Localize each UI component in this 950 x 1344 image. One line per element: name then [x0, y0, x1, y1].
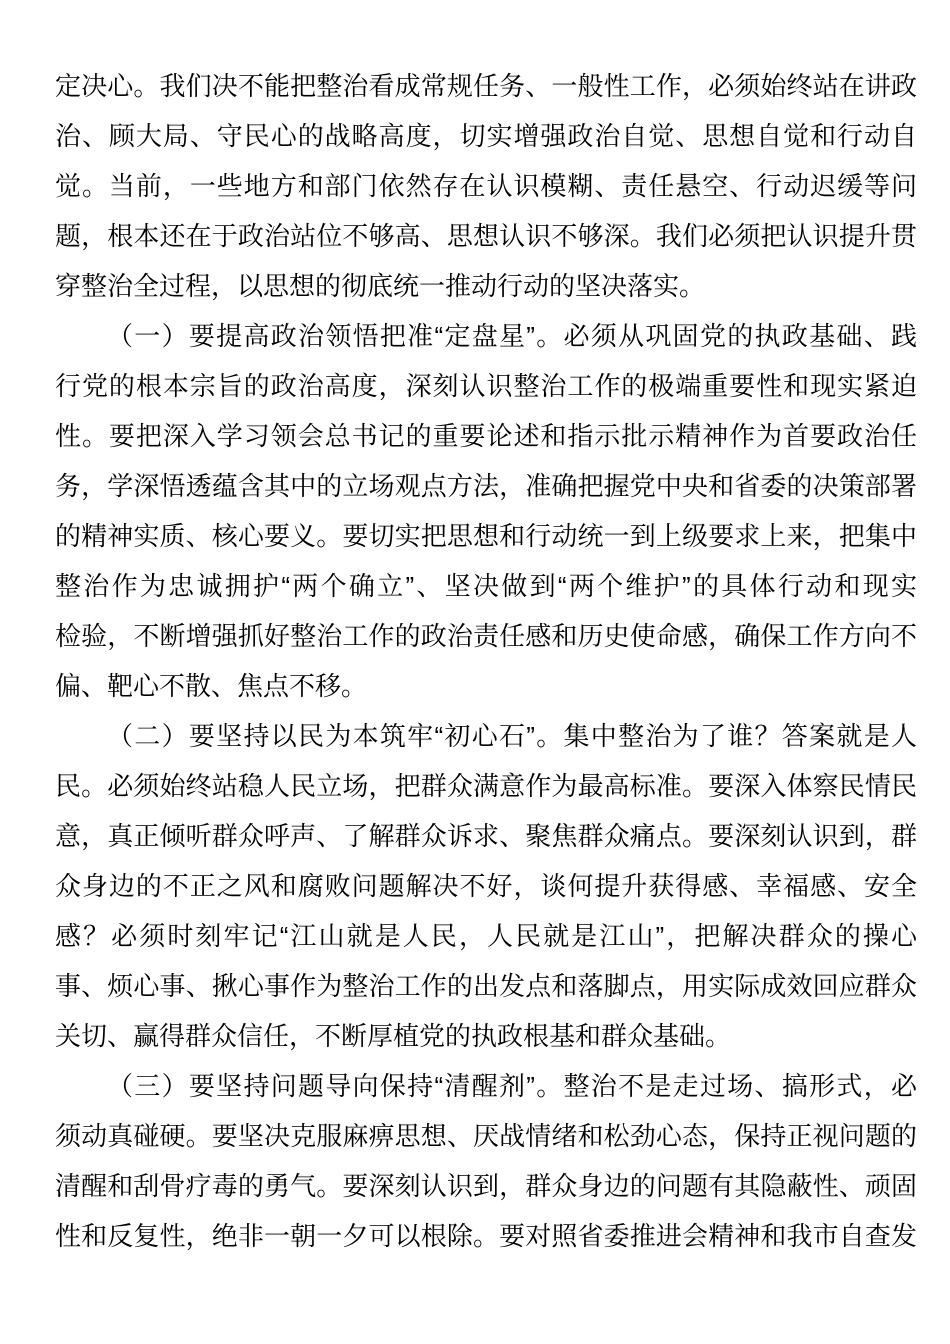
- text-line: 感？必须时刻牢记“江山就是人民，人民就是江山”，把解决群众的操心: [55, 911, 917, 961]
- text-line: （一）要提高政治领悟把准“定盘星”。必须从巩固党的执政基础、践: [55, 311, 917, 361]
- text-line: 事、烦心事、揪心事作为整治工作的出发点和落脚点，用实际成效回应群众: [55, 961, 917, 1011]
- document-body: 定决心。我们决不能把整治看成常规任务、一般性工作，必须始终站在讲政治、顾大局、守…: [55, 61, 917, 1261]
- text-line: （二）要坚持以民为本筑牢“初心石”。集中整治为了谁？答案就是人: [55, 711, 917, 761]
- text-line: 觉。当前，一些地方和部门依然存在认识模糊、责任悬空、行动迟缓等问: [55, 161, 917, 211]
- text-line: 偏、靶心不散、焦点不移。: [55, 661, 917, 711]
- text-line: 定决心。我们决不能把整治看成常规任务、一般性工作，必须始终站在讲政: [55, 61, 917, 111]
- text-line: 的精神实质、核心要义。要切实把思想和行动统一到上级要求上来，把集中: [55, 511, 917, 561]
- text-line: 性。要把深入学习领会总书记的重要论述和指示批示精神作为首要政治任: [55, 411, 917, 461]
- text-line: 整治作为忠诚拥护“两个确立”、坚决做到“两个维护”的具体行动和现实: [55, 561, 917, 611]
- text-line: 清醒和刮骨疗毒的勇气。要深刻认识到，群众身边的问题有其隐蔽性、顽固: [55, 1161, 917, 1211]
- text-line: 检验，不断增强抓好整治工作的政治责任感和历史使命感，确保工作方向不: [55, 611, 917, 661]
- text-line: 关切、赢得群众信任，不断厚植党的执政根基和群众基础。: [55, 1011, 917, 1061]
- text-line: 行党的根本宗旨的政治高度，深刻认识整治工作的极端重要性和现实紧迫: [55, 361, 917, 411]
- text-line: 性和反复性，绝非一朝一夕可以根除。要对照省委推进会精神和我市自查发: [55, 1211, 917, 1261]
- text-line: 题，根本还在于政治站位不够高、思想认识不够深。我们必须把认识提升贯: [55, 211, 917, 261]
- text-line: （三）要坚持问题导向保持“清醒剂”。整治不是走过场、搞形式，必: [55, 1061, 917, 1111]
- document-page: 定决心。我们决不能把整治看成常规任务、一般性工作，必须始终站在讲政治、顾大局、守…: [0, 0, 950, 1344]
- text-line: 治、顾大局、守民心的战略高度，切实增强政治自觉、思想自觉和行动自: [55, 111, 917, 161]
- text-line: 民。必须始终站稳人民立场，把群众满意作为最高标准。要深入体察民情民: [55, 761, 917, 811]
- text-line: 务，学深悟透蕴含其中的立场观点方法，准确把握党中央和省委的决策部署: [55, 461, 917, 511]
- text-line: 须动真碰硬。要坚决克服麻痹思想、厌战情绪和松劲心态，保持正视问题的: [55, 1111, 917, 1161]
- text-line: 穿整治全过程，以思想的彻底统一推动行动的坚决落实。: [55, 261, 917, 311]
- text-line: 众身边的不正之风和腐败问题解决不好，谈何提升获得感、幸福感、安全: [55, 861, 917, 911]
- text-line: 意，真正倾听群众呼声、了解群众诉求、聚焦群众痛点。要深刻认识到，群: [55, 811, 917, 861]
